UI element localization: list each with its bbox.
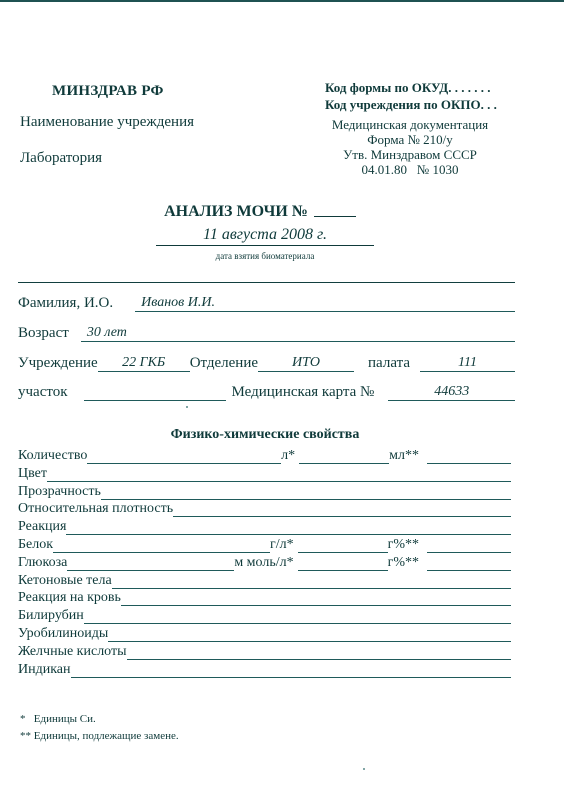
property-label: Кетоновые тела <box>18 573 112 589</box>
property-label: Уробилиноиды <box>18 626 108 642</box>
property-value-field[interactable] <box>66 519 511 535</box>
property-label: Желчные кислоты <box>18 644 127 660</box>
property-value-field[interactable] <box>53 537 270 553</box>
property-unit-field[interactable] <box>298 555 388 571</box>
property-row: Желчные кислоты <box>18 642 511 660</box>
property-value-field[interactable] <box>127 644 511 660</box>
property-row: Уробилиноиды <box>18 624 511 642</box>
property-value-field[interactable] <box>87 448 281 464</box>
property-value-field[interactable] <box>173 501 511 517</box>
patient-name-label: Фамилия, И.О. <box>18 295 113 312</box>
property-label: Количество <box>18 448 87 464</box>
district-row: участок Медицинская карта № 44633 <box>18 381 515 401</box>
form-number: Форма № 210/у <box>324 132 496 148</box>
property-label: Билирубин <box>18 608 84 624</box>
property-value-field[interactable] <box>47 466 511 482</box>
property-label: Индикан <box>18 662 71 678</box>
approved-by: Утв. Минздравом СССР <box>324 147 496 163</box>
property-unit-field[interactable] <box>299 448 389 464</box>
property-value-field[interactable] <box>112 573 511 589</box>
property-value-field[interactable] <box>71 662 511 678</box>
property-row: Белокг/л*г%** <box>18 535 511 553</box>
header-divider <box>18 282 515 283</box>
unit-label: г/л* <box>270 537 294 553</box>
property-label: Глюкоза <box>18 555 67 571</box>
patient-name-field[interactable]: Иванов И.И. <box>135 294 515 312</box>
property-row: Глюкозам моль/л*г%** <box>18 553 511 571</box>
unit-label: л* <box>281 448 295 464</box>
analysis-number-field[interactable] <box>314 202 356 217</box>
property-label: Относительная плотность <box>18 501 173 517</box>
property-row: Прозрачность <box>18 482 511 500</box>
unit-label: мл** <box>389 448 419 464</box>
page-title: АНАЛИЗ МОЧИ № <box>0 202 520 221</box>
ministry-title: МИНЗДРАВ РФ <box>52 83 164 100</box>
age-field[interactable]: 30 лет <box>81 324 515 342</box>
section-title: Физико-химические свойства <box>0 427 530 443</box>
property-row: Реакция <box>18 517 511 535</box>
patient-name-row: Фамилия, И.О. Иванов И.И. <box>18 292 515 312</box>
footnote-replace: ** Единицы, подлежащие замене. <box>20 730 179 742</box>
approval-date: 04.01.80 № 1030 <box>324 162 496 178</box>
district-label: участок <box>18 384 68 401</box>
doc-type: Медицинская документация <box>324 117 496 133</box>
property-label: Цвет <box>18 466 47 482</box>
footnote-si: * Единицы Си. <box>20 713 96 725</box>
property-value-field[interactable] <box>84 608 511 624</box>
property-row: Кетоновые тела <box>18 571 511 589</box>
property-row: Билирубин <box>18 606 511 624</box>
institution-name-label: Наименование учреждения <box>20 114 194 131</box>
top-scan-edge <box>0 0 564 2</box>
property-row: Количествол*мл** <box>18 446 511 464</box>
property-value-field[interactable] <box>101 484 511 500</box>
property-unit-field[interactable] <box>427 555 511 571</box>
property-unit-field[interactable] <box>298 537 388 553</box>
property-row: Относительная плотность <box>18 499 511 517</box>
title-text: АНАЛИЗ МОЧИ № <box>164 203 308 220</box>
scan-speck <box>186 406 188 408</box>
property-row: Цвет <box>18 464 511 482</box>
unit-label: г%** <box>388 537 419 553</box>
institution-label: Учреждение <box>18 355 98 372</box>
property-value-field[interactable] <box>67 555 234 571</box>
property-unit-field[interactable] <box>427 448 511 464</box>
scan-speck <box>363 768 365 770</box>
property-value-field[interactable] <box>108 626 511 642</box>
okud-code: Код формы по ОКУД. . . . . . . <box>325 80 490 96</box>
institution-field[interactable]: 22 ГКБ <box>98 354 190 372</box>
property-label: Реакция на кровь <box>18 590 121 606</box>
district-field[interactable] <box>84 383 226 401</box>
sample-date-field[interactable]: 11 августа 2008 г. <box>156 226 374 246</box>
property-label: Прозрачность <box>18 484 101 500</box>
age-label: Возраст <box>18 325 69 342</box>
ward-label: палата <box>368 355 410 372</box>
medical-card-label: Медицинская карта № <box>232 384 375 401</box>
sample-date-caption: дата взятия биоматериала <box>156 251 374 261</box>
unit-label: г%** <box>388 555 419 571</box>
okpo-code: Код учреждения по ОКПО. . . <box>325 97 497 113</box>
property-unit-field[interactable] <box>427 537 511 553</box>
ward-field[interactable]: 111 <box>420 354 515 372</box>
institution-row: Учреждение 22 ГКБ Отделение ИТО палата 1… <box>18 352 515 372</box>
department-field[interactable]: ИТО <box>258 354 354 372</box>
medical-card-field[interactable]: 44633 <box>388 383 515 401</box>
laboratory-label: Лаборатория <box>20 150 102 167</box>
department-label: Отделение <box>190 355 258 372</box>
property-row: Индикан <box>18 660 511 678</box>
property-label: Белок <box>18 537 53 553</box>
property-label: Реакция <box>18 519 66 535</box>
property-row: Реакция на кровь <box>18 588 511 606</box>
unit-label: м моль/л* <box>234 555 293 571</box>
property-value-field[interactable] <box>121 590 511 606</box>
age-row: Возраст 30 лет <box>18 322 515 342</box>
